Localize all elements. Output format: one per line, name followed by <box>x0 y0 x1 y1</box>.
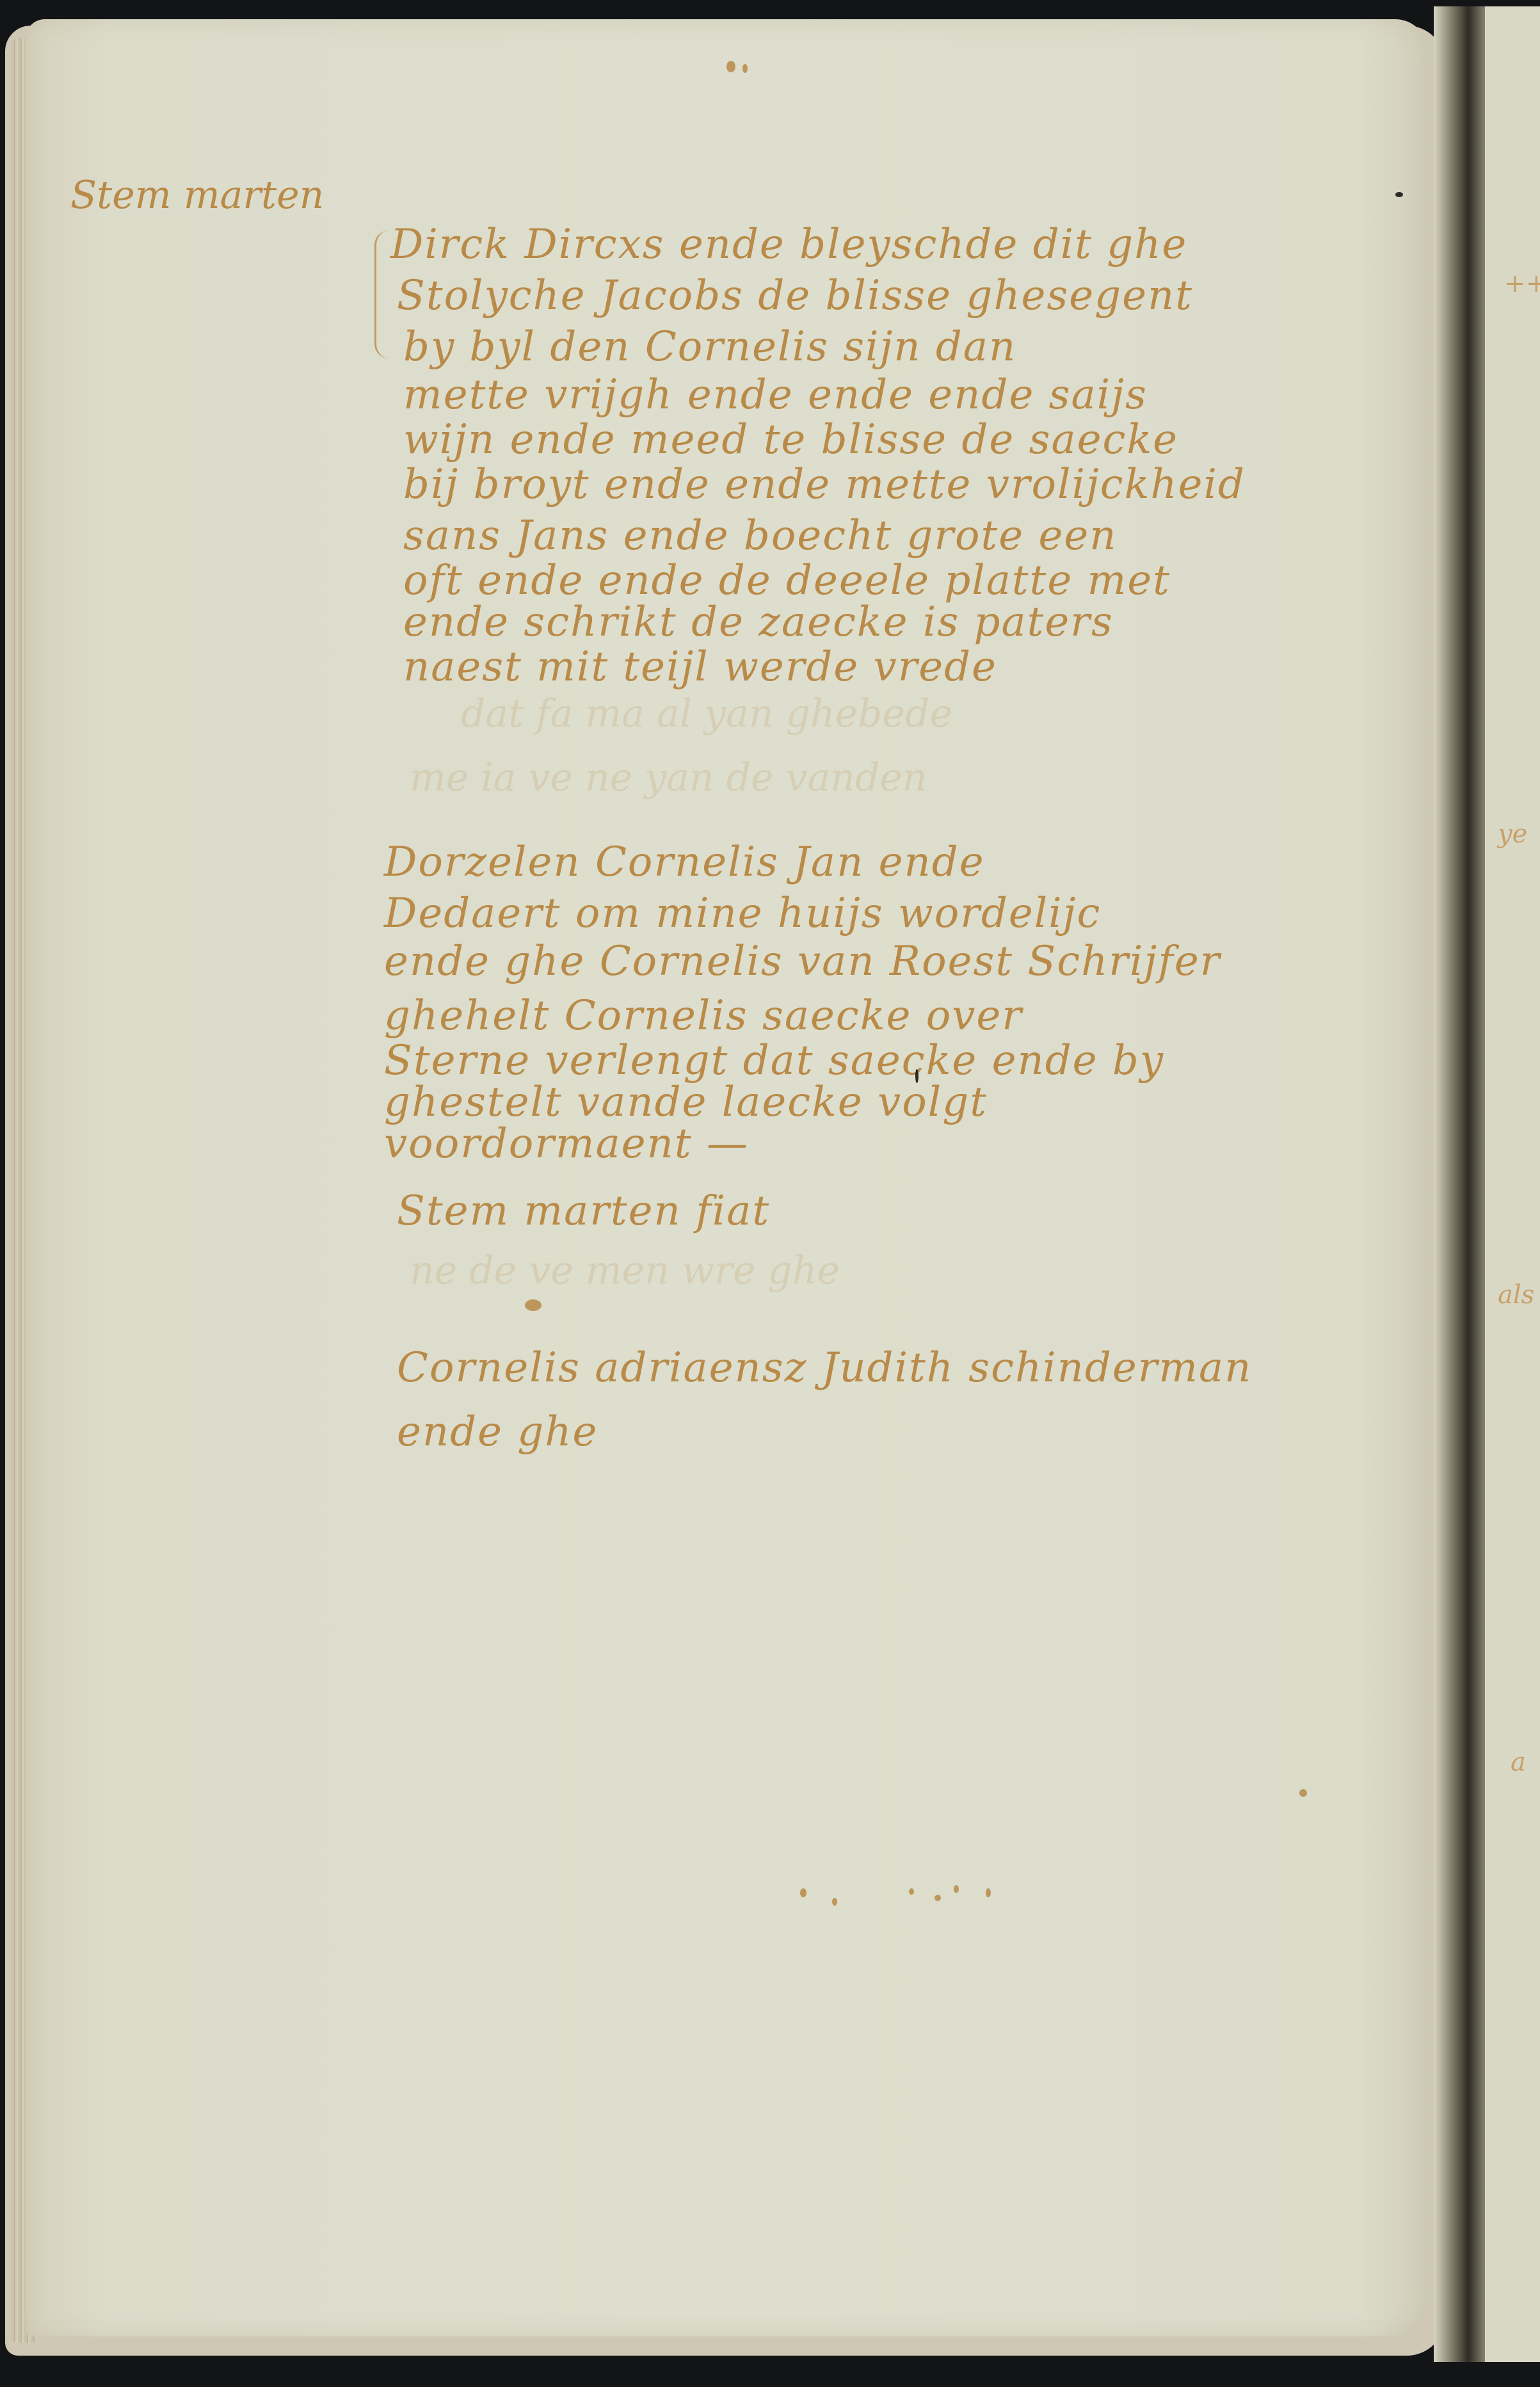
bleed-through-text: me ia ve ne yan de vanden <box>410 755 927 800</box>
text-line: ende ghe <box>397 1408 598 1456</box>
text-line: Cornelis adriaensz Judith schinderman <box>397 1344 1252 1392</box>
text-line: bij broyt ende ende mette vrolijckheid <box>403 461 1246 508</box>
text-line: voordormaent — <box>384 1120 749 1168</box>
facing-page-mark: ++ <box>1504 269 1540 298</box>
entry-bracket <box>374 230 389 358</box>
text-line: Stolyche Jacobs de blisse ghesegent <box>397 272 1193 319</box>
entry-3-text: Stem marten fiat <box>397 1187 770 1235</box>
ink-spot <box>525 1299 541 1311</box>
text-line: Dirck Dircxs ende bleyschde dit ghe <box>390 221 1187 268</box>
dark-mark <box>915 1069 918 1083</box>
text-line: ende ghe Cornelis van Roest Schrijfer <box>384 938 1221 985</box>
ink-spot <box>909 1888 914 1895</box>
ink-spot <box>986 1888 991 1897</box>
ink-spot <box>832 1898 837 1906</box>
bleed-through-text: dat fa ma al yan ghebede <box>461 691 952 736</box>
text-line: Sterne verlengt dat saecke ende by <box>384 1037 1164 1084</box>
bleed-through-text: ne de ve men wre ghe <box>410 1248 840 1293</box>
facing-page-mark: als <box>1498 1280 1534 1310</box>
text-line: mette vrijgh ende ende ende saijs <box>403 371 1148 419</box>
ink-spot <box>800 1888 806 1897</box>
text-line: ghestelt vande laecke volgt <box>384 1079 988 1126</box>
book-gutter <box>1434 6 1491 2362</box>
margin-heading: Stem marten <box>70 173 324 218</box>
ink-spot <box>726 61 735 72</box>
text-line: wijn ende meed te blisse de saecke <box>403 416 1178 463</box>
ink-spot <box>1299 1789 1307 1797</box>
facing-page-mark: ye <box>1498 819 1527 849</box>
text-line: by byl den Cornelis sijn dan <box>403 323 1016 371</box>
text-line: Dedaert om mine huijs wordelijc <box>384 890 1101 937</box>
ink-spot <box>742 64 748 73</box>
text-line: Dorzelen Cornelis Jan ende <box>384 839 985 886</box>
dark-mark <box>1395 192 1403 197</box>
facing-page-mark: a <box>1511 1748 1526 1777</box>
text-line: sans Jans ende boecht grote een <box>403 512 1117 559</box>
text-line: naest mit teijl werde vrede <box>403 643 997 691</box>
text-line: oft ende ende de deeele platte met <box>403 557 1171 604</box>
ink-spot <box>934 1895 941 1901</box>
text-line: ende schrikt de zaecke is paters <box>403 599 1114 646</box>
ink-spot <box>954 1885 959 1893</box>
text-line: ghehelt Cornelis saecke over <box>384 992 1023 1040</box>
facing-page: ++ ye als a <box>1485 6 1540 2362</box>
